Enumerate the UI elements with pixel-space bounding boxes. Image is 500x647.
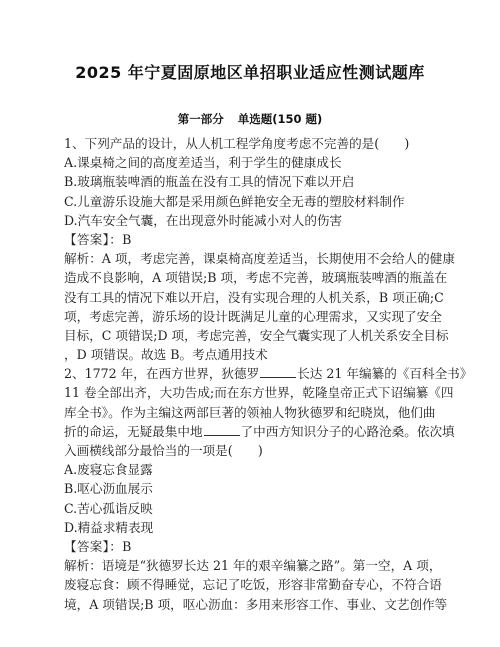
question-2-stem-line: 库全书》。作为主编这两部巨著的领袖人物狄德罗和纪晓岚，他们曲 bbox=[64, 403, 440, 422]
question-1-answer: 【答案】：B bbox=[64, 230, 440, 249]
question-2-stem-text: 折的命运，无疑最集中地 bbox=[64, 424, 203, 439]
document-title: 2025 年宁夏固原地区单招职业适应性测试题库 bbox=[0, 60, 500, 83]
question-2-analysis-line: 境，A 项错误;B 项，呕心沥血：多用来形容工作、事业、文艺创作等 bbox=[64, 595, 440, 614]
question-2-stem-text: 长达 21 年编纂的《百科全书》 bbox=[297, 366, 472, 381]
question-2-option-d: D.精益求精表现 bbox=[64, 518, 440, 537]
question-2-analysis-line: 解析：语境是“狄德罗长达 21 年的艰辛编纂之路”。第一空，A 项， bbox=[64, 556, 440, 575]
question-1-option-c: C.儿童游乐设施大都是采用颜色鲜艳安全无毒的塑胶材料制作 bbox=[64, 192, 440, 211]
question-2-stem-line: 11 卷全部出齐，大功告成;而在东方世界，乾隆皇帝正式下诏编纂《四 bbox=[64, 383, 440, 402]
section-heading: 第一部分单选题(150 题) bbox=[0, 111, 500, 127]
section-name: 单选题(150 题) bbox=[238, 112, 323, 126]
question-2-answer: 【答案】：B bbox=[64, 537, 440, 556]
document-body: 1、下列产品的设计，从人机工程学角度考虑不完善的是( ) A.课桌椅之间的高度差… bbox=[64, 134, 440, 614]
document-page: 2025 年宁夏固原地区单招职业适应性测试题库 第一部分单选题(150 题) 1… bbox=[0, 0, 500, 647]
fill-blank-1 bbox=[260, 365, 296, 378]
question-1-analysis-line: 目标，C 项错误;D 项，考虑完善，安全气囊实现了人机关系安全目标 bbox=[64, 326, 440, 345]
question-2-analysis-line: 废寝忘食：顾不得睡觉，忘记了吃饭，形容非常勤奋专心，不符合语 bbox=[64, 575, 440, 594]
question-2-stem-text: 了中西方知识分子的心路沧桑。依次填 bbox=[241, 424, 455, 439]
question-1-option-d: D.汽车安全气囊，在出现意外时能减小对人的伤害 bbox=[64, 211, 440, 230]
question-2-option-a: A.废寝忘食显露 bbox=[64, 460, 440, 479]
question-1-analysis-line: 解析：A 项，考虑完善，课桌椅高度差适当，长期使用不会给人的健康 bbox=[64, 249, 440, 268]
question-1-analysis-line: ，D 项错误。故选 B。考点通用技术 bbox=[64, 345, 440, 364]
question-2-option-b: B.呕心沥血展示 bbox=[64, 479, 440, 498]
question-1-option-a: A.课桌椅之间的高度差适当，利于学生的健康成长 bbox=[64, 153, 440, 172]
question-2-stem-text: 2、1772 年，在西方世界，狄德罗 bbox=[64, 366, 259, 381]
question-1-stem: 1、下列产品的设计，从人机工程学角度考虑不完善的是( ) bbox=[64, 134, 440, 153]
question-1-analysis-line: 项，考虑完善，游乐场的设计既满足儿童的心理需求，又实现了安全 bbox=[64, 307, 440, 326]
fill-blank-2 bbox=[204, 423, 240, 436]
question-1-analysis-line: 没有工具的情况下难以开启，没有实现合理的人机关系，B 项正确;C bbox=[64, 288, 440, 307]
section-part: 第一部分 bbox=[178, 112, 224, 126]
question-2-option-c: C.苦心孤诣反映 bbox=[64, 499, 440, 518]
question-2-stem-line: 折的命运，无疑最集中地了中西方知识分子的心路沧桑。依次填 bbox=[64, 422, 440, 441]
question-1-option-b: B.玻璃瓶装啤酒的瓶盖在没有工具的情况下难以开启 bbox=[64, 172, 440, 191]
question-2-stem-line: 入画横线部分最恰当的一项是( ) bbox=[64, 441, 440, 460]
question-2-stem-line: 2、1772 年，在西方世界，狄德罗长达 21 年编纂的《百科全书》 bbox=[64, 364, 440, 383]
question-1-analysis-line: 造成不良影响，A 项错误;B 项，考虑不完善，玻璃瓶装啤酒的瓶盖在 bbox=[64, 268, 440, 287]
